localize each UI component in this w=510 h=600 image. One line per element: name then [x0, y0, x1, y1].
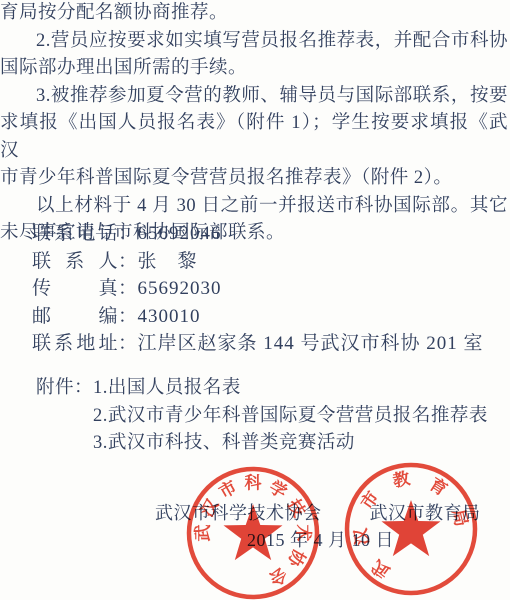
attachment-item: 3.武汉市科技、科普类竞赛活动	[93, 430, 488, 458]
contact-row-postcode: 邮编：430010	[32, 303, 484, 331]
body-paragraphs: 育局按分配名额协商推荐。 2.营员应按要求如实填写营员报名推荐表，并配合市科协 …	[0, 0, 508, 248]
body-line: 以上材料于 4 月 30 日之前一并报送市科协国际部。其它	[0, 193, 508, 221]
contact-colon: ：	[118, 220, 138, 248]
body-line: 2.营员应按要求如实填写营员报名推荐表，并配合市科协	[0, 28, 508, 56]
star-icon	[382, 500, 441, 556]
attachments-label: 附件：	[36, 375, 93, 403]
attachment-item: 2.武汉市青少年科普国际夏令营营员报名推荐表	[93, 403, 488, 431]
contact-value: 65692046	[138, 223, 222, 244]
contact-value: 430010	[138, 306, 201, 327]
body-line: 求填报《出国人员报名表》（附件 1）；学生按要求填报《武汉	[0, 110, 508, 165]
contact-value: 张 黎	[138, 251, 198, 272]
seal-character: 术	[294, 524, 314, 542]
seal-character: 科	[245, 473, 263, 493]
contact-colon: ：	[118, 248, 138, 276]
education-bureau-seal: 武汉市教育局	[341, 459, 481, 599]
seal-character: 教	[391, 468, 412, 491]
body-line: 市青少年科普国际夏令营营员报名推荐表》（附件 2）。	[0, 165, 508, 193]
contact-label: 联系地址	[32, 330, 118, 358]
body-line: 3.被推荐参加夏令营的教师、辅导员与国际部联系，按要	[0, 83, 508, 111]
contact-value: 65692030	[138, 278, 222, 299]
contact-info: 联系电话：65692046 联系人：张 黎 传真：65692030 邮编：430…	[32, 220, 484, 358]
attachment-item: 1.出国人员报名表	[93, 375, 488, 403]
contact-colon: ：	[118, 330, 138, 358]
body-line: 育局按分配名额协商推荐。	[0, 0, 508, 28]
seal-character: 汉	[351, 526, 373, 547]
body-line: 国际部办理出国所需的手续。	[0, 55, 508, 83]
contact-row-fax: 传真：65692030	[32, 275, 484, 303]
star-icon	[224, 504, 283, 560]
attachments-list: 1.出国人员报名表 2.武汉市青少年科普国际夏令营营员报名推荐表 3.武汉市科技…	[93, 375, 488, 458]
attachments-block: 附件： 1.出国人员报名表 2.武汉市青少年科普国际夏令营营员报名推荐表 3.武…	[36, 375, 488, 458]
seal-character: 局	[449, 507, 471, 528]
contact-label: 传真	[32, 275, 118, 303]
contact-value: 江岸区赵家条 144 号武汉市科协 201 室	[138, 333, 484, 354]
science-association-seal: 武汉市科学技术协会	[183, 463, 323, 600]
contact-label: 联系电话	[32, 220, 118, 248]
document-page: 育局按分配名额协商推荐。 2.营员应按要求如实填写营员报名推荐表，并配合市科协 …	[0, 0, 510, 600]
seal-character: 武	[193, 525, 213, 542]
contact-colon: ：	[118, 275, 138, 303]
contact-label: 联系人	[32, 248, 118, 276]
contact-label: 邮编	[32, 303, 118, 331]
contact-row-address: 联系地址：江岸区赵家条 144 号武汉市科协 201 室	[32, 330, 484, 358]
contact-row-person: 联系人：张 黎	[32, 248, 484, 276]
contact-colon: ：	[118, 303, 138, 331]
contact-row-phone: 联系电话：65692046	[32, 220, 484, 248]
